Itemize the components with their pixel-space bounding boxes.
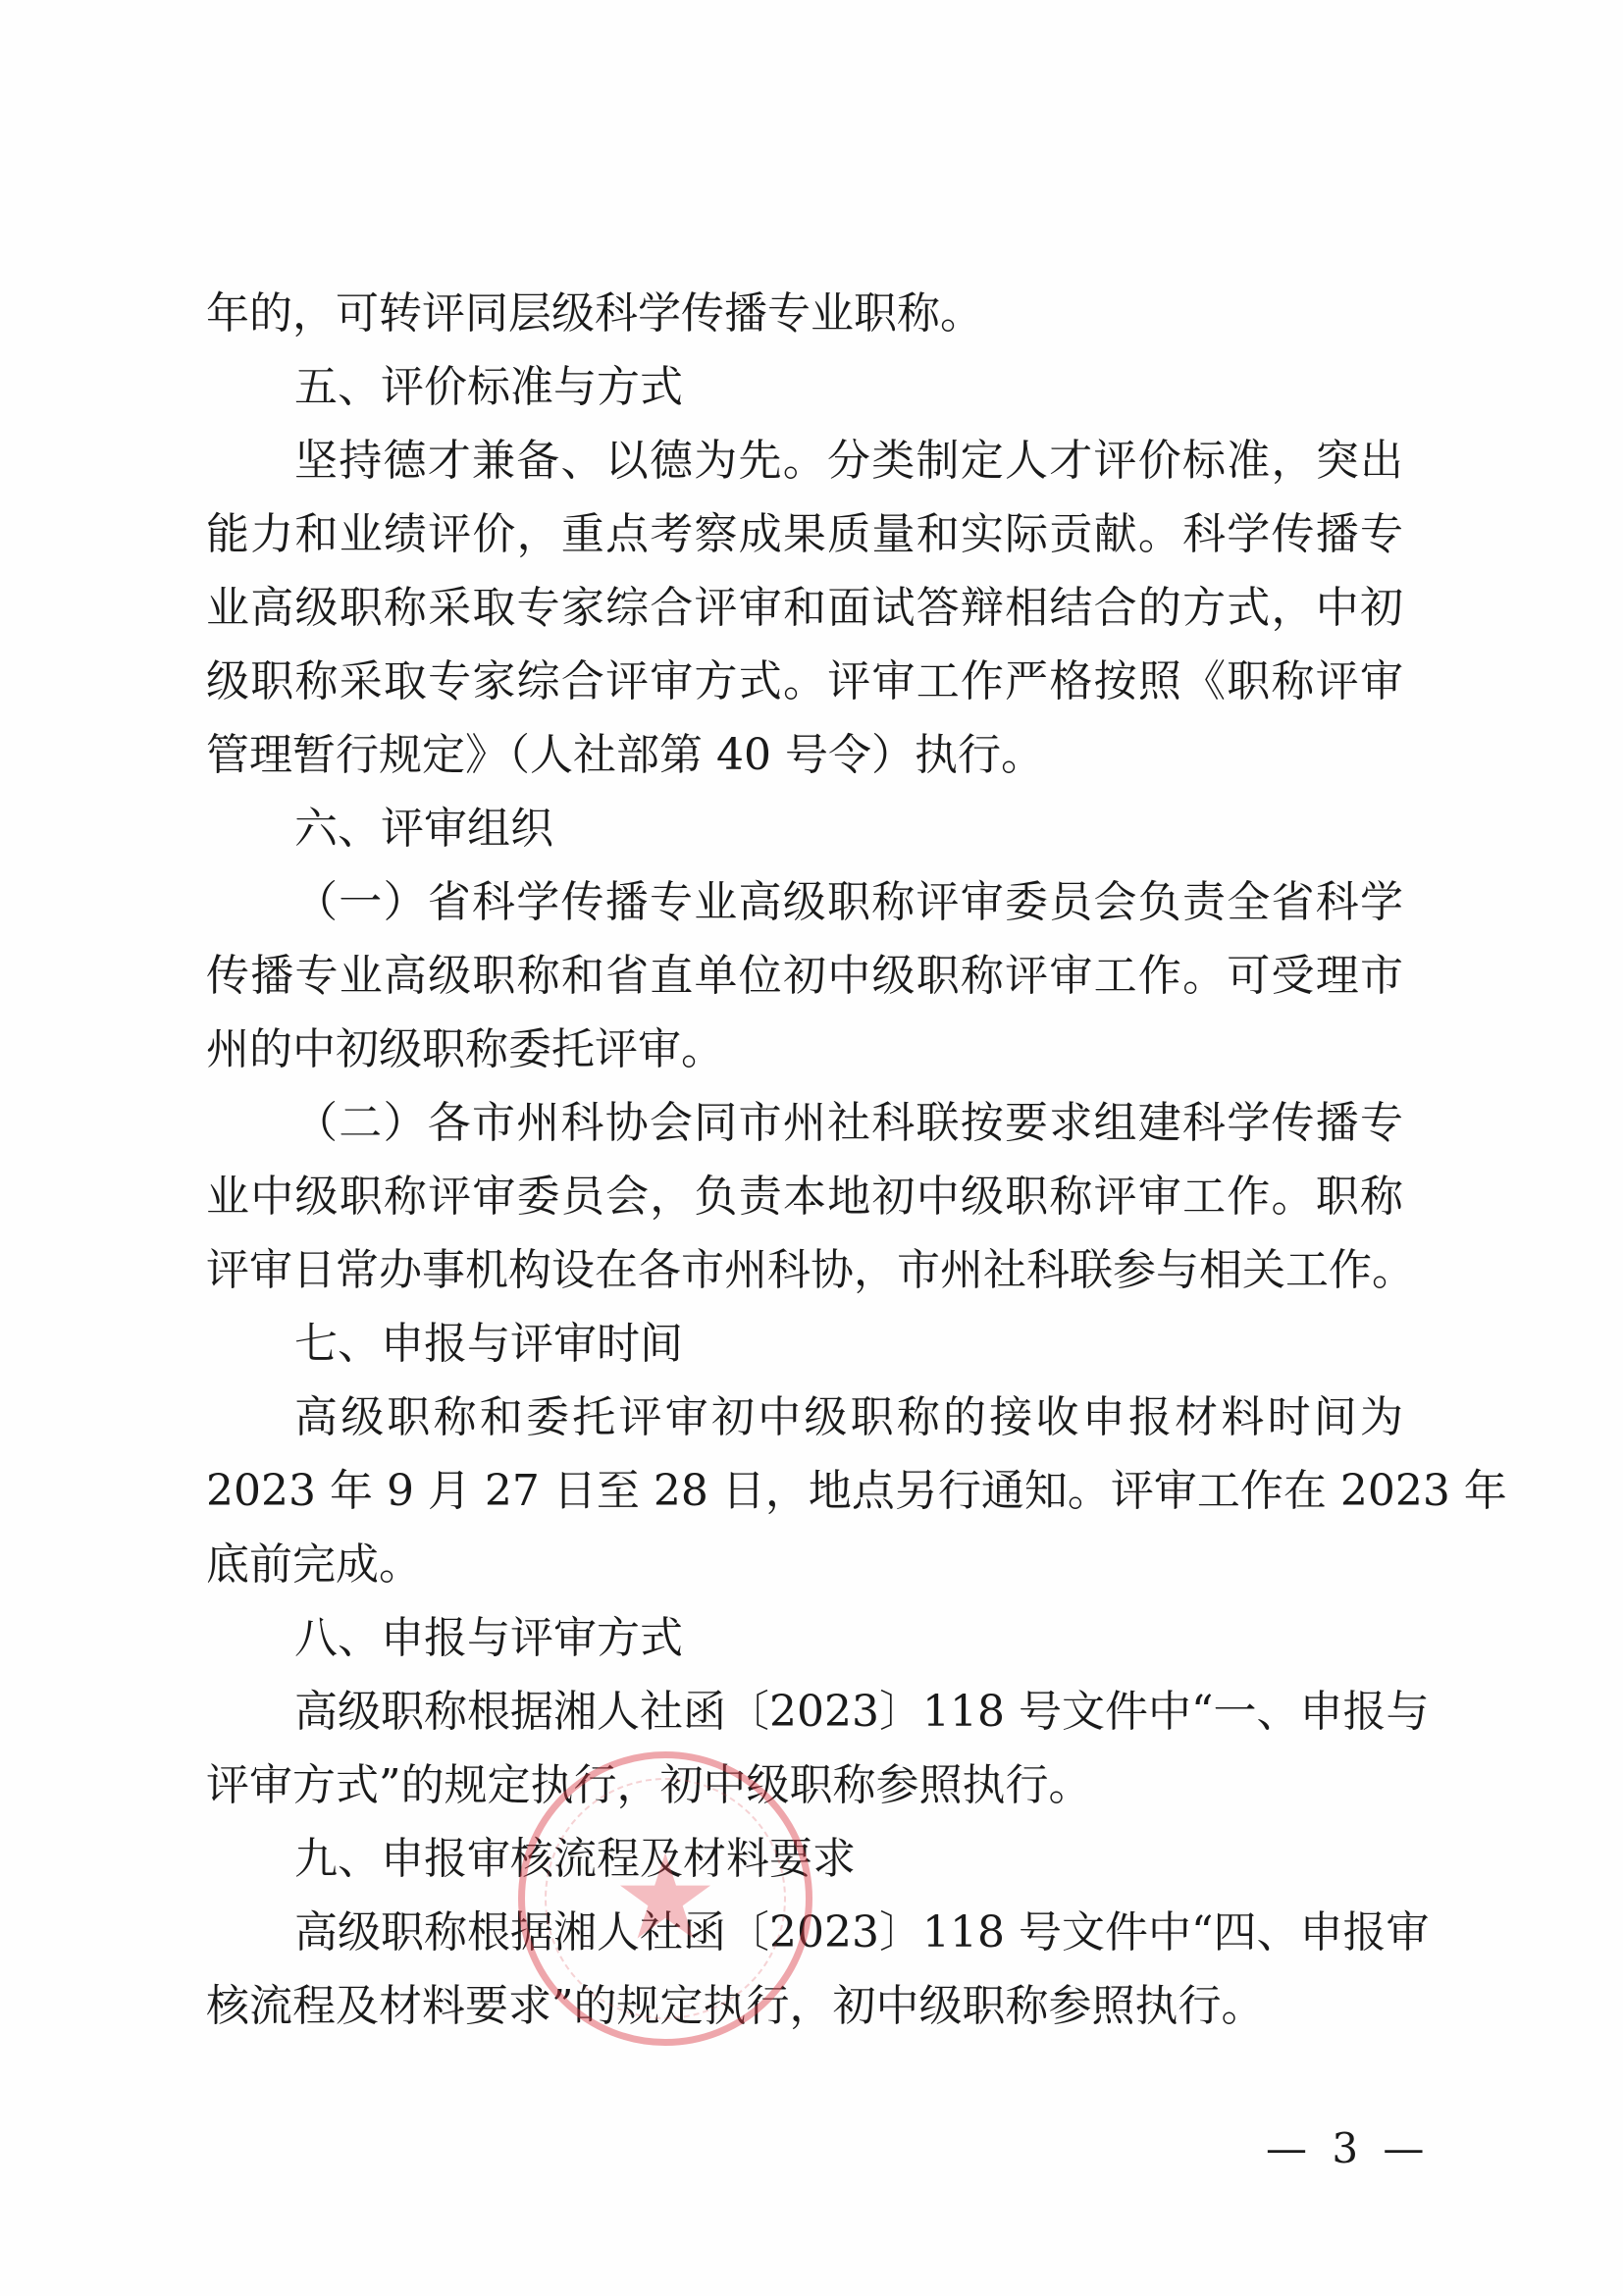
document-body: 年的，可转评同层级科学传播专业职称。五、评价标准与方式坚持德才兼备、以德为先。分… (206, 277, 1403, 2043)
paragraph-first-line: 高级职称根据湘人社函〔2023〕118 号文件中“一、申报与 (206, 1675, 1403, 1748)
section-heading: 八、申报与评审方式 (206, 1601, 1403, 1675)
section-heading: 七、申报与评审时间 (206, 1307, 1403, 1381)
paragraph-line: 核流程及材料要求”的规定执行，初中级职称参照执行。 (206, 1969, 1403, 2043)
paragraph-line: 评审方式”的规定执行，初中级职称参照执行。 (206, 1748, 1403, 1822)
paragraph-line: 能力和业绩评价，重点考察成果质量和实际贡献。科学传播专 (206, 497, 1403, 571)
paragraph-line: 评审日常办事机构设在各市州科协，市州社科联参与相关工作。 (206, 1233, 1403, 1307)
paragraph-line: 底前完成。 (206, 1528, 1403, 1601)
section-heading: 六、评审组织 (206, 792, 1403, 865)
paragraph-first-line: 坚持德才兼备、以德为先。分类制定人才评价标准，突出 (206, 424, 1403, 497)
page-number: — 3 — (1266, 2124, 1430, 2172)
paragraph-first-line: 高级职称根据湘人社函〔2023〕118 号文件中“四、申报审 (206, 1896, 1403, 1969)
paragraph-first-line: （一）省科学传播专业高级职称评审委员会负责全省科学 (206, 865, 1403, 939)
paragraph-line: 2023 年 9 月 27 日至 28 日，地点另行通知。评审工作在 2023 … (206, 1454, 1403, 1528)
paragraph-line: 管理暂行规定》（人社部第 40 号令）执行。 (206, 718, 1403, 792)
paragraph-line: 级职称采取专家综合评审方式。评审工作严格按照《职称评审 (206, 645, 1403, 718)
paragraph-first-line: 高级职称和委托评审初中级职称的接收申报材料时间为 (206, 1381, 1403, 1454)
section-heading: 五、评价标准与方式 (206, 350, 1403, 424)
paragraph-line: 州的中初级职称委托评审。 (206, 1013, 1403, 1086)
paragraph-line: 传播专业高级职称和省直单位初中级职称评审工作。可受理市 (206, 939, 1403, 1013)
paragraph-first-line: （二）各市州科协会同市州社科联按要求组建科学传播专 (206, 1086, 1403, 1160)
section-heading: 九、申报审核流程及材料要求 (206, 1822, 1403, 1896)
paragraph-line: 业中级职称评审委员会，负责本地初中级职称评审工作。职称 (206, 1160, 1403, 1233)
paragraph-line: 业高级职称采取专家综合评审和面试答辩相结合的方式，中初 (206, 571, 1403, 645)
document-page: 年的，可转评同层级科学传播专业职称。五、评价标准与方式坚持德才兼备、以德为先。分… (0, 0, 1623, 2296)
paragraph-line: 年的，可转评同层级科学传播专业职称。 (206, 277, 1403, 350)
